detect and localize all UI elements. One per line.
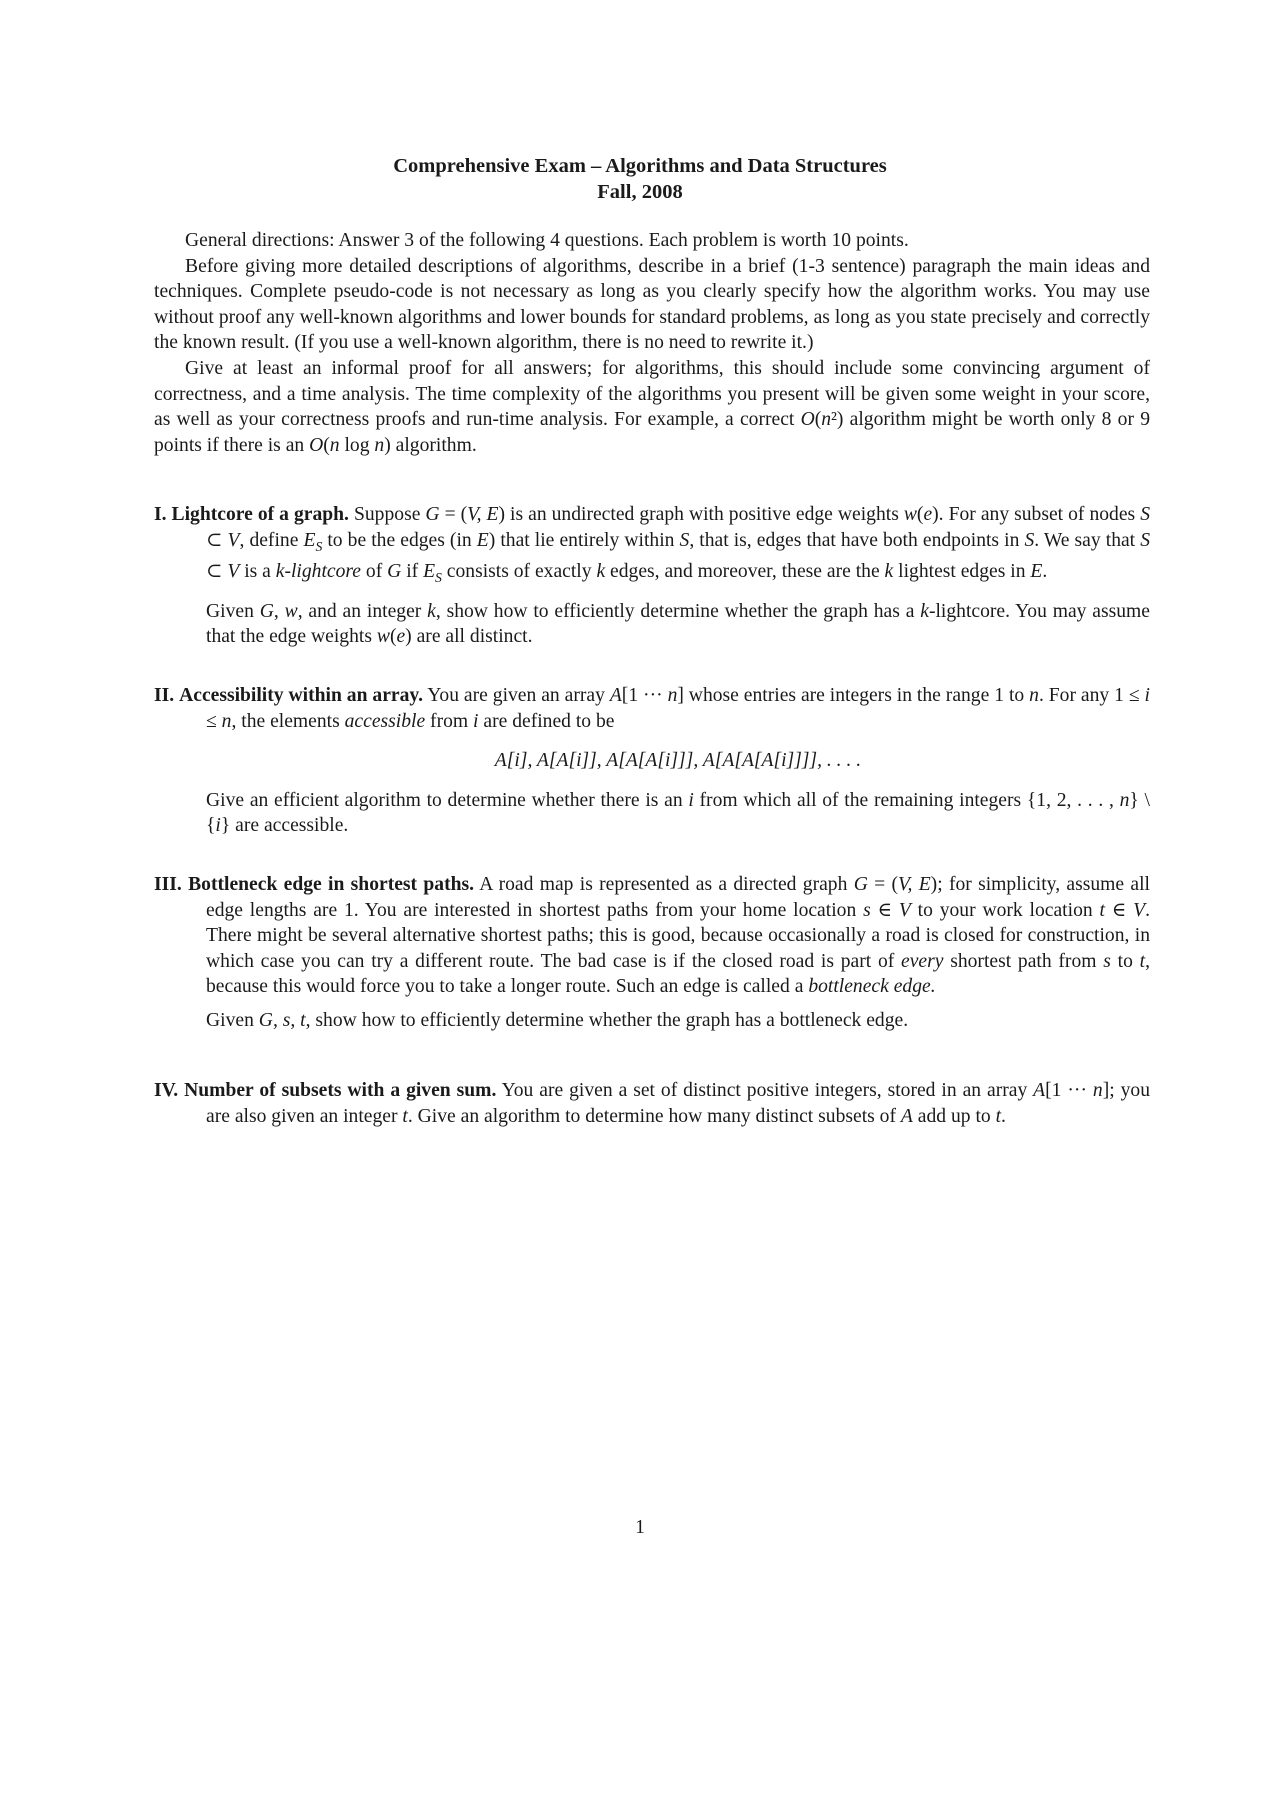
problem-number: II. (154, 685, 174, 706)
problem-4: IV. Number of subsets with a given sum. … (154, 1078, 1150, 1129)
directions-paragraph: Give at least an informal proof for all … (154, 356, 1150, 458)
page-number: 1 (0, 1517, 1280, 1539)
problem-heading: Bottleneck edge in shortest paths. (188, 874, 474, 895)
problem-3: III. Bottleneck edge in shortest paths. … (154, 872, 1150, 1034)
exam-term: Fall, 2008 (0, 179, 1280, 205)
problem-task: Give an efficient algorithm to determine… (154, 788, 1150, 839)
problem-heading: Number of subsets with a given sum. (184, 1080, 496, 1101)
problem-heading: Lightcore of a graph. (172, 504, 349, 525)
problem-task: Given G, s, t, show how to efficiently d… (154, 1008, 1150, 1034)
problem-1: I. Lightcore of a graph. Suppose G = (V,… (154, 502, 1150, 650)
problem-2: II. Accessibility within an array. You a… (154, 683, 1150, 839)
title-block: Comprehensive Exam – Algorithms and Data… (0, 153, 1280, 205)
problem-statement: II. Accessibility within an array. You a… (154, 683, 1150, 734)
general-directions: General directions: Answer 3 of the foll… (154, 228, 1150, 458)
problem-statement: IV. Number of subsets with a given sum. … (154, 1078, 1150, 1129)
display-equation: A[i], A[A[i]], A[A[A[i]]], A[A[A[A[i]]]]… (206, 748, 1150, 774)
directions-paragraph: Before giving more detailed descriptions… (154, 254, 1150, 356)
problem-number: III. (154, 874, 182, 895)
exam-page: Comprehensive Exam – Algorithms and Data… (0, 0, 1280, 1811)
problem-heading: Accessibility within an array. (179, 685, 423, 706)
problem-number: IV. (154, 1080, 178, 1101)
problem-statement: III. Bottleneck edge in shortest paths. … (154, 872, 1150, 1000)
exam-title: Comprehensive Exam – Algorithms and Data… (0, 153, 1280, 179)
problem-number: I. (154, 504, 167, 525)
problem-statement: I. Lightcore of a graph. Suppose G = (V,… (154, 502, 1150, 591)
problem-task: Given G, w, and an integer k, show how t… (154, 599, 1150, 650)
directions-paragraph: General directions: Answer 3 of the foll… (154, 228, 1150, 254)
